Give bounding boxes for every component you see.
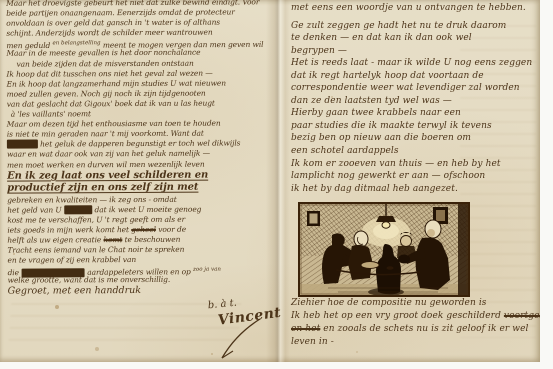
handwritten-line: beide partijen onaangenaam. Eenerzijds o…	[6, 7, 268, 18]
potato-eaters-sketch	[298, 202, 470, 297]
handwritten-line: dat ik regt hartelyk hoop dat voortaan d…	[291, 70, 539, 83]
letter-scan: Maar het droevigste gebeurt het niet dat…	[0, 0, 553, 369]
handwritten-line: met eens een woordje van u ontvangen te …	[291, 2, 539, 15]
right-page: met eens een woordje van u ontvangen te …	[291, 2, 539, 349]
handwritten-line: Het is reeds laat - maar ik wilde U nog …	[291, 57, 539, 70]
handwritten-line: Ik kom er zooeven van thuis — en heb by …	[291, 158, 539, 171]
left-page: Maar het droevigste gebeurt het niet dat…	[6, 0, 270, 327]
closing-line: Gegroet, met een handdruk	[8, 285, 270, 298]
handwritten-line: Hierby gaan twee krabbels naar een	[291, 107, 539, 120]
handwritten-line: lamplicht nog gewerkt er aan — ofschoon	[291, 170, 539, 183]
handwritten-line: correspondentie weer wat levendiger zal …	[291, 82, 539, 95]
handwritten-line: begrypen —	[291, 45, 539, 58]
handwritten-line: Ge zult zeggen ge hadt het nu te druk da…	[291, 20, 539, 33]
letter-sheet: Maar het droevigste gebeurt het niet dat…	[0, 0, 540, 362]
handwritten-line: Ziehier hoe de compositie nu geworden is	[291, 297, 539, 310]
right-page-text-below: Ziehier hoe de compositie nu geworden is…	[291, 297, 539, 349]
handwritten-line: een schotel aardappels	[291, 145, 539, 158]
handwritten-line: leven in -	[291, 336, 539, 349]
handwritten-line: paar studies die ik maakte terwyl ik tev…	[291, 120, 539, 133]
handwritten-line: Ik heb het op een vry groot doek geschil…	[291, 310, 539, 323]
coffee-kettle-icon	[398, 255, 410, 264]
right-page-text-above: met eens een woordje van u ontvangen te …	[291, 2, 539, 195]
handwritten-line: en het en zooals de schets nu is zit gel…	[291, 323, 539, 336]
handwritten-line: te denken — en dat kan ik dan ook wel	[291, 32, 539, 45]
left-page-text: Maar het droevigste gebeurt het niet dat…	[6, 0, 270, 286]
handwritten-line: dan ze den laatsten tyd wel was —	[291, 95, 539, 108]
wall-picture-icon	[307, 211, 320, 226]
handwritten-line: ik het by dag ditmaal heb aangezet.	[291, 183, 539, 196]
handwritten-line: bezig ben op nieuw aan die boeren om	[291, 132, 539, 145]
handwritten-line: men geduld en belangstelling meent te mo…	[6, 38, 268, 49]
handwritten-line: gezegde het geluk de dapperen begunstigt…	[7, 139, 269, 150]
